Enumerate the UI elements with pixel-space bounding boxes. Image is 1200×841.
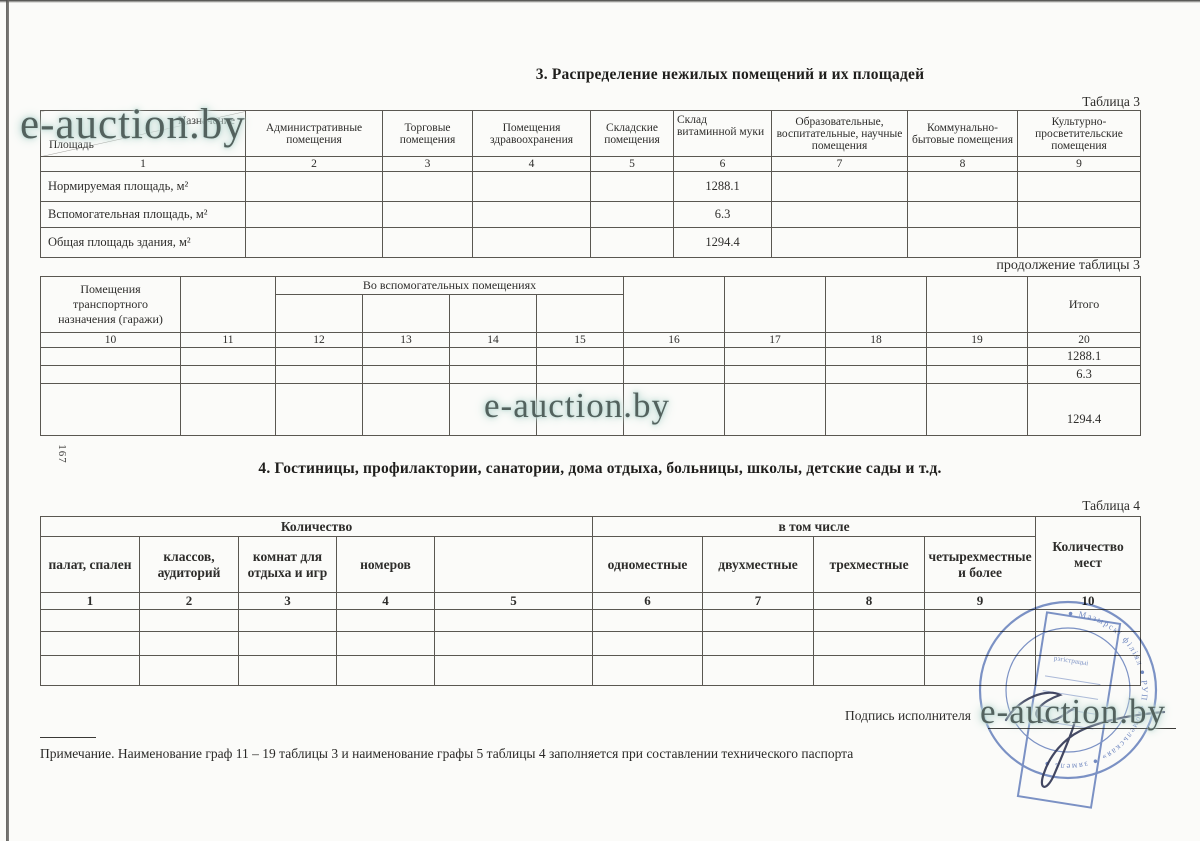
col-number: 17 (725, 333, 826, 348)
empty-cell (435, 632, 593, 656)
empty-cell (41, 384, 181, 436)
total-cell: 6.3 (1028, 366, 1141, 384)
col-number: 2 (246, 157, 383, 172)
col-number: 4 (337, 593, 435, 610)
empty-cell (593, 632, 703, 656)
col-number: 5 (435, 593, 593, 610)
section4-title: 4. Гостиницы, профилактории, санатории, … (60, 460, 1140, 478)
empty-header (276, 295, 363, 333)
col-number: 7 (703, 593, 814, 610)
empty-cell (1018, 202, 1141, 228)
empty-cell (276, 384, 363, 436)
col-number: 19 (927, 333, 1028, 348)
section3-title: 3. Распределение нежилых помещений и их … (420, 66, 1040, 84)
empty-cell (246, 228, 383, 258)
table3-col-header: Образовательные, воспитательные, научные… (772, 111, 908, 157)
watermark: e-auction.by (20, 100, 246, 149)
col-number: 14 (450, 333, 537, 348)
empty-cell (826, 366, 927, 384)
empty-cell (814, 610, 925, 632)
empty-cell (276, 366, 363, 384)
col-number: 3 (239, 593, 337, 610)
empty-cell (473, 172, 591, 202)
col-number: 6 (593, 593, 703, 610)
empty-cell (725, 348, 826, 366)
total-header: Итого (1028, 277, 1141, 333)
empty-header (826, 277, 927, 333)
row-label: Нормируемая площадь, м² (41, 172, 246, 202)
empty-cell (383, 172, 473, 202)
col-number: 9 (1018, 157, 1141, 172)
empty-cell (450, 366, 537, 384)
empty-cell (41, 366, 181, 384)
empty-header (624, 277, 725, 333)
empty-cell (41, 348, 181, 366)
aux-group-header: Во вспомогательных помещениях (276, 277, 624, 295)
empty-header (450, 295, 537, 333)
empty-cell (908, 202, 1018, 228)
table4-col-header: трехместные (814, 537, 925, 593)
empty-cell (927, 366, 1028, 384)
empty-cell (814, 632, 925, 656)
signature-label: Подпись исполнителя (845, 708, 971, 724)
empty-cell (826, 348, 927, 366)
empty-cell (772, 202, 908, 228)
empty-cell (703, 656, 814, 686)
note-text: Примечание. Наименование граф 11 – 19 та… (40, 746, 1110, 762)
empty-cell (1018, 172, 1141, 202)
col-number: 13 (363, 333, 450, 348)
empty-cell (814, 656, 925, 686)
col-number: 1 (41, 593, 140, 610)
empty-header (537, 295, 624, 333)
empty-cell (591, 202, 674, 228)
empty-cell (703, 610, 814, 632)
empty-cell (140, 656, 239, 686)
empty-cell (363, 366, 450, 384)
quantity-group-header: Количество (41, 517, 593, 537)
empty-cell (140, 610, 239, 632)
table3-col-header: Помещения здравоохранения (473, 111, 591, 157)
empty-cell (593, 610, 703, 632)
value-cell: 1294.4 (674, 228, 772, 258)
table4-col-header: классов, аудиторий (140, 537, 239, 593)
empty-cell (363, 384, 450, 436)
empty-cell (473, 228, 591, 258)
col-number: 8 (814, 593, 925, 610)
empty-cell (591, 172, 674, 202)
empty-cell (239, 632, 337, 656)
empty-cell (537, 348, 624, 366)
col-number: 15 (537, 333, 624, 348)
empty-cell (826, 384, 927, 436)
empty-header (435, 537, 593, 593)
table3-row: Общая площадь здания, м² 1294.4 (41, 228, 1141, 258)
table3-col-header: Склад витаминной муки (674, 111, 772, 157)
table3-continuation-label: продолжение таблицы 3 (890, 258, 1140, 274)
table4-col-header: одноместные (593, 537, 703, 593)
empty-cell (473, 202, 591, 228)
empty-cell (908, 172, 1018, 202)
empty-cell (435, 656, 593, 686)
empty-cell (276, 348, 363, 366)
col-number: 5 (591, 157, 674, 172)
empty-cell (927, 384, 1028, 436)
empty-cell (383, 228, 473, 258)
empty-cell (450, 348, 537, 366)
empty-cell (41, 632, 140, 656)
col-number: 11 (181, 333, 276, 348)
table3-col-header: Административные помещения (246, 111, 383, 157)
empty-cell (246, 202, 383, 228)
col-number: 8 (908, 157, 1018, 172)
scan-edge-left (6, 0, 9, 841)
empty-cell (624, 348, 725, 366)
empty-cell (703, 632, 814, 656)
empty-cell (337, 610, 435, 632)
empty-cell (383, 202, 473, 228)
empty-cell (41, 656, 140, 686)
empty-cell (772, 172, 908, 202)
empty-header (927, 277, 1028, 333)
empty-cell (593, 656, 703, 686)
scan-edge-top (0, 0, 1200, 3)
total-cell: 1288.1 (1028, 348, 1141, 366)
empty-cell (908, 228, 1018, 258)
watermark: e-auction.by (980, 692, 1166, 732)
empty-cell (537, 366, 624, 384)
col-number: 2 (140, 593, 239, 610)
table3-number-row: 1 2 3 4 5 6 7 8 9 (41, 157, 1141, 172)
table3-col-header: Складские помещения (591, 111, 674, 157)
empty-header (725, 277, 826, 333)
table3-label: Таблица 3 (940, 94, 1140, 110)
table3-col-header: Торговые помещения (383, 111, 473, 157)
empty-cell (363, 348, 450, 366)
seats-header: Количество мест (1036, 517, 1141, 593)
empty-cell (1018, 228, 1141, 258)
continuation-row: 6.3 (41, 366, 1141, 384)
footnote-rule (40, 737, 96, 738)
col-number: 12 (276, 333, 363, 348)
col-number: 3 (383, 157, 473, 172)
table3-col-header: Культурно-просветительские помещения (1018, 111, 1141, 157)
empty-cell (927, 348, 1028, 366)
row-label: Общая площадь здания, м² (41, 228, 246, 258)
continuation-row: 1288.1 (41, 348, 1141, 366)
empty-cell (181, 384, 276, 436)
table4-label: Таблица 4 (940, 498, 1140, 514)
empty-cell (337, 656, 435, 686)
continuation-number-row: 10 11 12 13 14 15 16 17 18 19 20 (41, 333, 1141, 348)
table4-col-header: двухместные (703, 537, 814, 593)
watermark: e-auction.by (484, 386, 670, 426)
col-number: 4 (473, 157, 591, 172)
col-number: 6 (674, 157, 772, 172)
col-number: 7 (772, 157, 908, 172)
empty-cell (246, 172, 383, 202)
table3-row: Вспомогательная площадь, м² 6.3 (41, 202, 1141, 228)
including-group-header: в том числе (593, 517, 1036, 537)
table4-col-header: номеров (337, 537, 435, 593)
empty-cell (181, 366, 276, 384)
empty-cell (591, 228, 674, 258)
empty-cell (140, 632, 239, 656)
empty-cell (772, 228, 908, 258)
empty-header (363, 295, 450, 333)
table4-col-header: комнат для отдыха и игр (239, 537, 337, 593)
garage-header: Помещения транспортного назначения (гара… (41, 277, 181, 333)
col-number: 20 (1028, 333, 1141, 348)
empty-cell (337, 632, 435, 656)
empty-cell (239, 610, 337, 632)
col-number: 1 (41, 157, 246, 172)
empty-cell (239, 656, 337, 686)
empty-cell (725, 366, 826, 384)
empty-cell (41, 610, 140, 632)
empty-cell (725, 384, 826, 436)
col-number: 10 (41, 333, 181, 348)
total-cell: 1294.4 (1028, 384, 1141, 436)
table4-col-header: палат, спален (41, 537, 140, 593)
col-number: 16 (624, 333, 725, 348)
stamp-inner-text: рэгістрацыі (1053, 654, 1089, 667)
col-number: 18 (826, 333, 927, 348)
row-label: Вспомогательная площадь, м² (41, 202, 246, 228)
value-cell: 6.3 (674, 202, 772, 228)
continuation-header-row1: Помещения транспортного назначения (гара… (41, 277, 1141, 295)
table3-row: Нормируемая площадь, м² 1288.1 (41, 172, 1141, 202)
table4-group-row: Количество в том числе Количество мест (41, 517, 1141, 537)
empty-cell (435, 610, 593, 632)
value-cell: 1288.1 (674, 172, 772, 202)
empty-cell (624, 366, 725, 384)
table3-col-header: Коммунально-бытовые помещения (908, 111, 1018, 157)
empty-cell (181, 348, 276, 366)
empty-header (181, 277, 276, 333)
